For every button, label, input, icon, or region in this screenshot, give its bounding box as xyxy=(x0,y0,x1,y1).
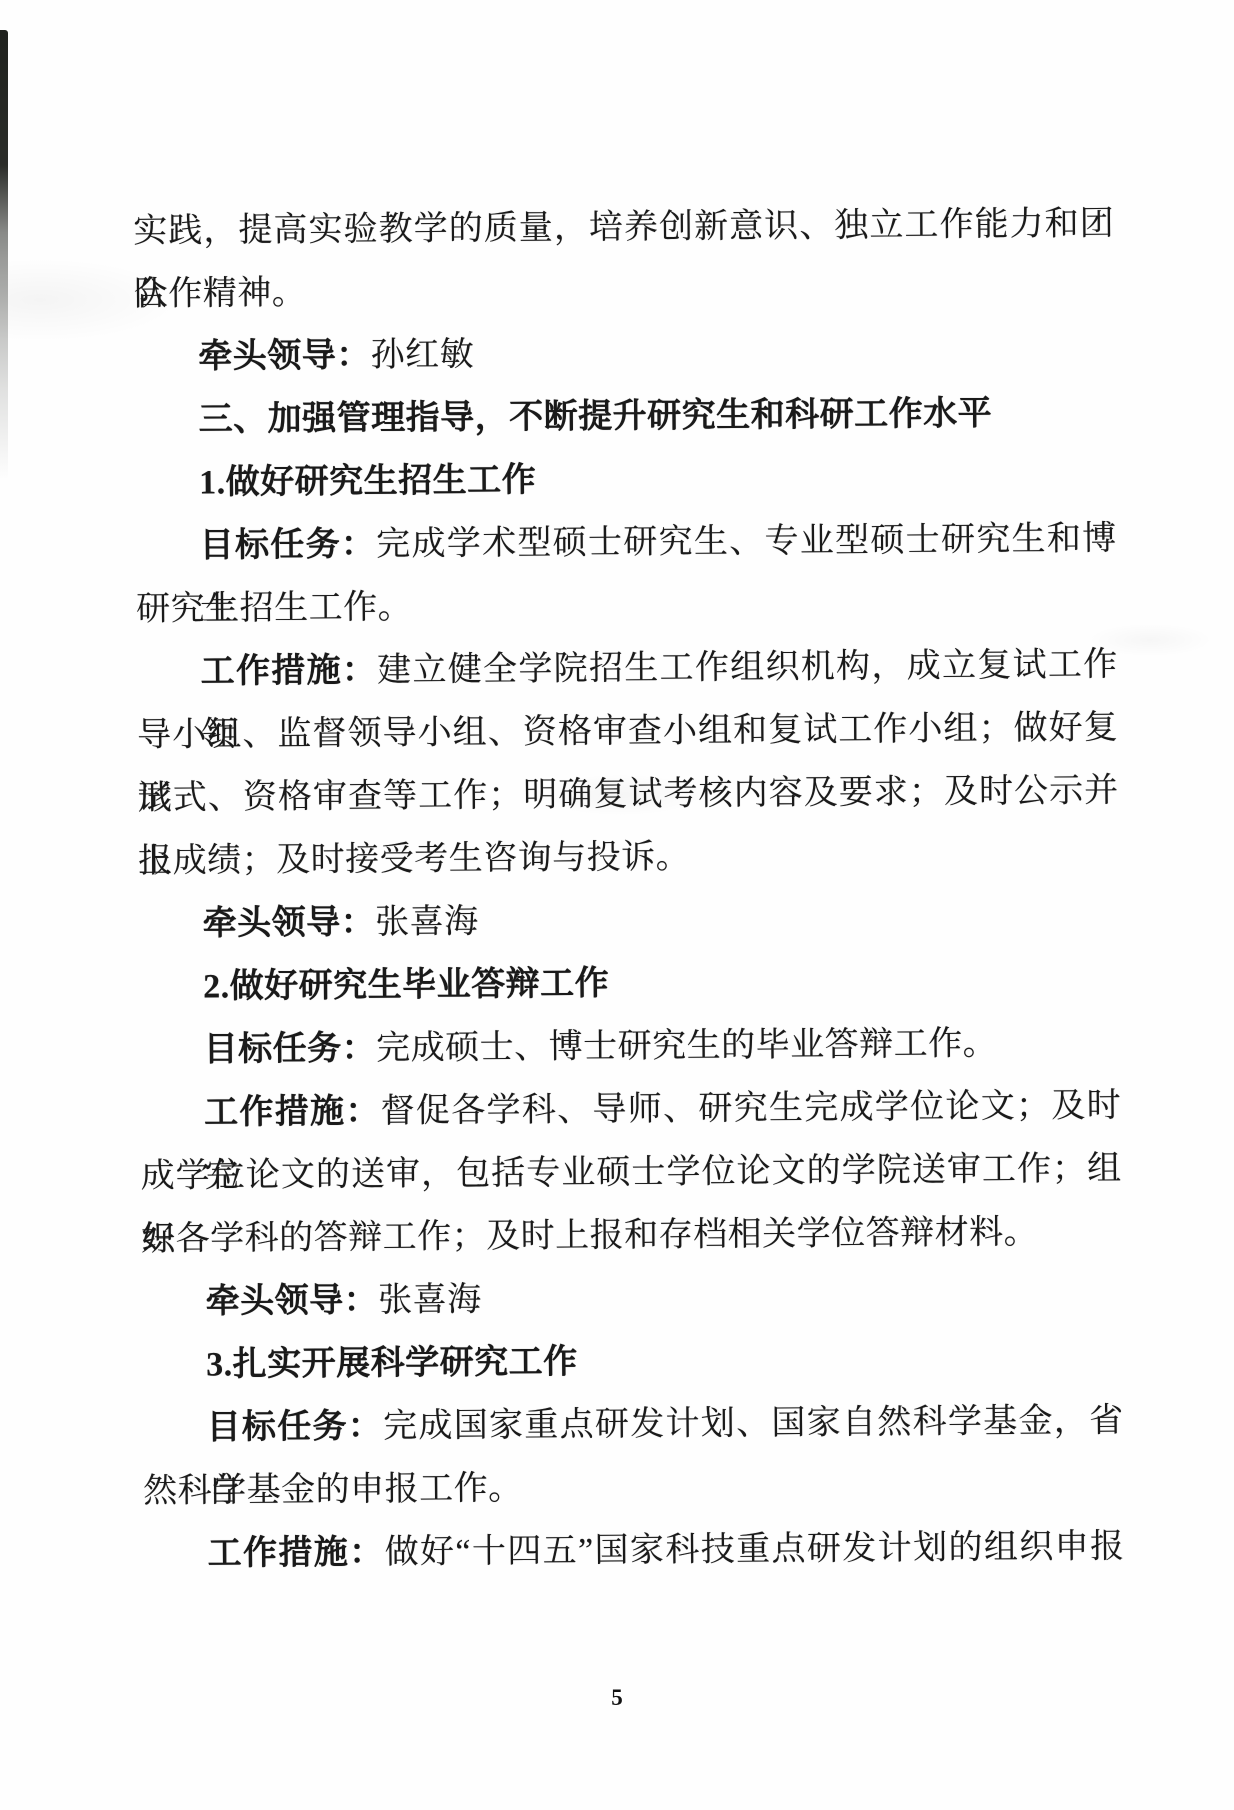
lead-leader-line: 牵头领导：张喜海 xyxy=(138,885,1119,956)
scan-edge-artifact xyxy=(0,30,8,480)
body-line: 合作精神。 xyxy=(133,255,1114,326)
goal-task-line: 目标任务：完成国家重点研发计划、国家自然科学基金，省自 xyxy=(142,1389,1123,1460)
body-text: 研究生招生工作。 xyxy=(136,589,412,628)
body-line: 成学位论文的送审，包括专业硕士学位论文的学院送审工作；组织 xyxy=(140,1137,1121,1208)
body-text: 报成绩；及时接受考生咨询与投诉。 xyxy=(138,839,690,880)
section-heading-text: 三、加强管理指导，不断提升研究生和科研工作水平 xyxy=(199,395,993,438)
work-measures-label: 工作措施： xyxy=(204,1093,381,1131)
body-line: 报成绩；及时接受考生咨询与投诉。 xyxy=(138,822,1119,893)
work-measures-line: 工作措施：督促各学科、导师、研究生完成学位论文；及时完 xyxy=(140,1074,1121,1145)
lead-leader-label: 牵头领导： xyxy=(203,904,376,942)
page-number: 5 xyxy=(0,1685,1234,1711)
body-line: 研究生招生工作。 xyxy=(136,570,1117,641)
body-text: 然科学基金的申报工作。 xyxy=(143,1470,523,1510)
document-page: 实践，提高实验教学的质量，培养创新意识、独立工作能力和团队 合作精神。 牵头领导… xyxy=(0,0,1234,1810)
leader-name: 孙红敏 xyxy=(371,336,475,374)
work-measures-label: 工作措施： xyxy=(207,1534,384,1572)
subsection-heading-3: 3.扎实开展科学研究工作 xyxy=(142,1326,1123,1397)
body-text: 完成硕士、博士研究生的毕业答辩工作。 xyxy=(376,1025,997,1067)
body-line: 实践，提高实验教学的质量，培养创新意识、独立工作能力和团队 xyxy=(133,192,1114,263)
body-line: 然科学基金的申报工作。 xyxy=(143,1452,1124,1523)
lead-leader-line: 牵头领导：张喜海 xyxy=(141,1263,1122,1334)
goal-task-label: 目标任务： xyxy=(204,1030,377,1068)
work-measures-label: 工作措施： xyxy=(201,652,378,690)
section-heading-3: 三、加强管理指导，不断提升研究生和科研工作水平 xyxy=(134,381,1115,452)
body-line: 形式、资格审查等工作；明确复试考核内容及要求；及时公示并上 xyxy=(137,759,1118,830)
leader-name: 张喜海 xyxy=(375,903,479,941)
lead-leader-label: 牵头领导： xyxy=(206,1282,379,1320)
body-line: 导小组、监督领导小组、资格审查小组和复试工作小组；做好复试 xyxy=(137,696,1118,767)
goal-task-label: 目标任务： xyxy=(207,1408,384,1446)
document-text-block: 实践，提高实验教学的质量，培养创新意识、独立工作能力和团队 合作精神。 牵头领导… xyxy=(133,192,1125,1586)
subsection-heading-1: 1.做好研究生招生工作 xyxy=(135,444,1116,515)
body-text: 合作精神。 xyxy=(134,275,307,313)
leader-name: 张喜海 xyxy=(378,1281,482,1319)
lead-leader-label: 牵头领导： xyxy=(198,337,371,375)
subsection-heading-text: 2.做好研究生毕业答辩工作 xyxy=(203,965,609,1005)
work-measures-line: 工作措施：建立健全学院招生工作组织机构，成立复试工作领 xyxy=(136,633,1117,704)
work-measures-line: 工作措施：做好“十四五”国家科技重点研发计划的组织申报 xyxy=(143,1515,1124,1586)
body-line: 好各学科的答辩工作；及时上报和存档相关学位答辩材料。 xyxy=(141,1200,1122,1271)
goal-task-line: 目标任务：完成学术型硕士研究生、专业型硕士研究生和博士 xyxy=(135,507,1116,578)
lead-leader-line: 牵头领导：孙红敏 xyxy=(134,318,1115,389)
goal-task-line: 目标任务：完成硕士、博士研究生的毕业答辩工作。 xyxy=(139,1011,1120,1082)
subsection-heading-2: 2.做好研究生毕业答辩工作 xyxy=(139,948,1120,1019)
subsection-heading-text: 1.做好研究生招生工作 xyxy=(199,462,536,502)
subsection-heading-text: 3.扎实开展科学研究工作 xyxy=(206,1344,578,1384)
body-text: 做好“十四五”国家科技重点研发计划的组织申报 xyxy=(384,1528,1124,1571)
body-text: 好各学科的答辩工作；及时上报和存档相关学位答辩材料。 xyxy=(141,1214,1038,1258)
goal-task-label: 目标任务： xyxy=(200,526,377,564)
